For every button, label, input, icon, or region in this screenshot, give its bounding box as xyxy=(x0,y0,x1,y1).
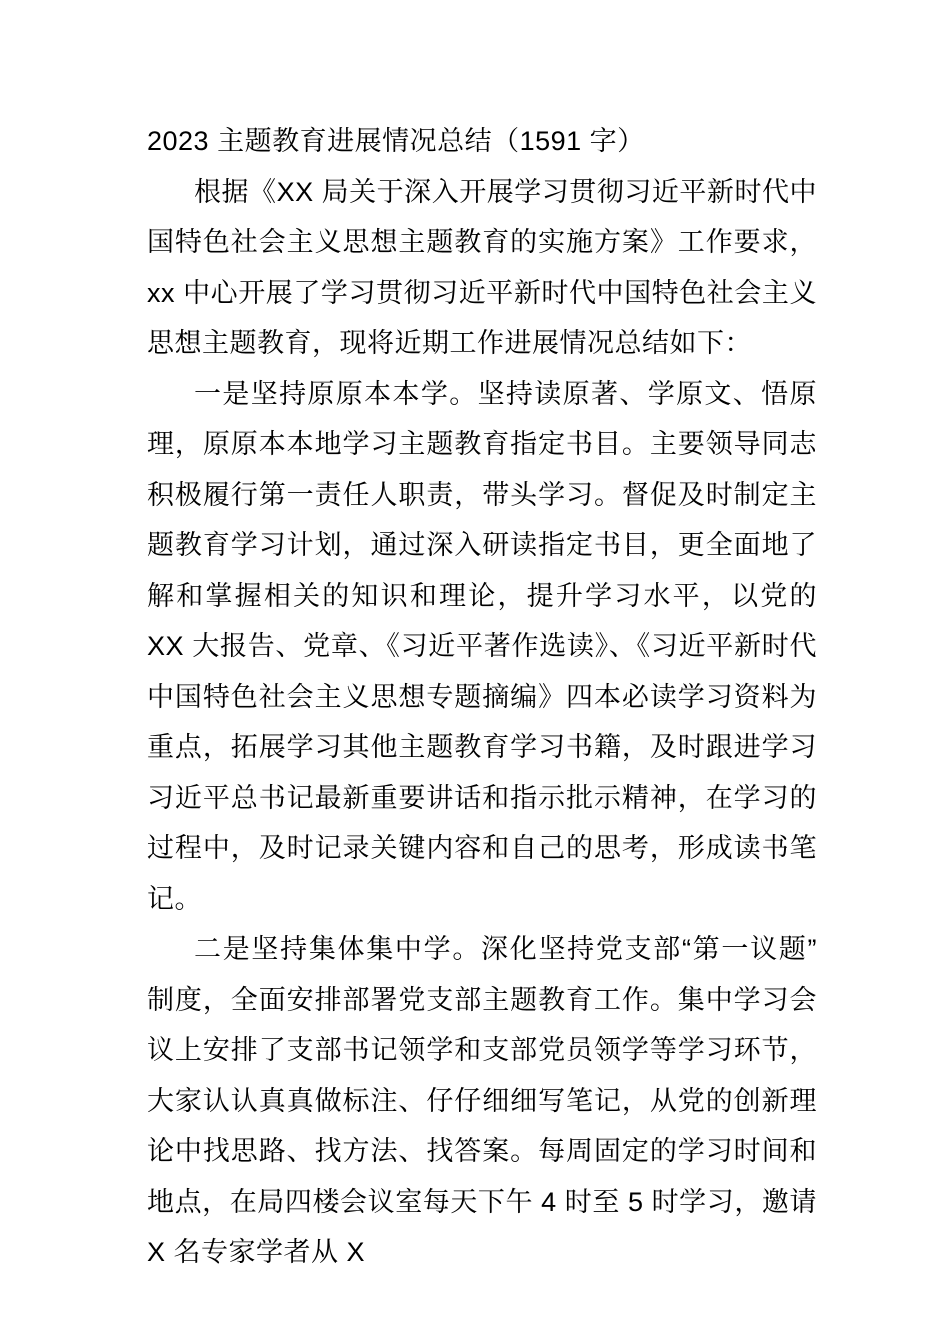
document-title: 2023 主题教育进展情况总结（1591 字） xyxy=(147,116,817,167)
paragraph-point-one: 一是坚持原原本本学。坚持读原著、学原文、悟原理，原原本本地学习主题教育指定书目。… xyxy=(147,369,817,925)
document-page: 2023 主题教育进展情况总结（1591 字） 根据《XX 局关于深入开展学习贯… xyxy=(0,0,950,1344)
paragraph-intro: 根据《XX 局关于深入开展学习贯彻习近平新时代中国特色社会主义思想主题教育的实施… xyxy=(147,167,817,369)
paragraph-point-two: 二是坚持集体集中学。深化坚持党支部“第一议题”制度，全面安排部署党支部主题教育工… xyxy=(147,924,817,1278)
